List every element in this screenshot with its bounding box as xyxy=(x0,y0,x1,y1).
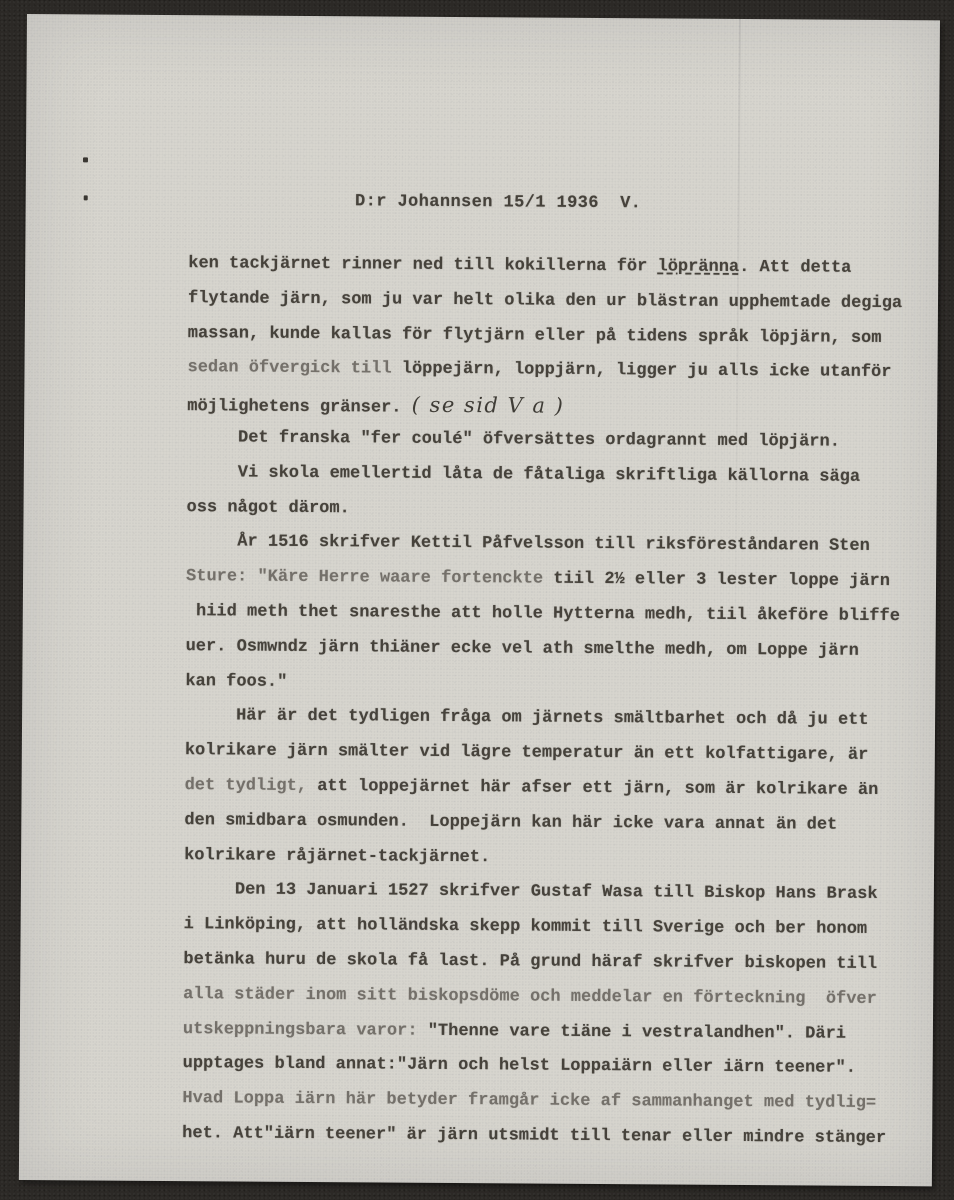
text-segment: möjlighetens gränser. xyxy=(187,397,412,418)
text-segment: löpränna xyxy=(657,257,739,277)
text-segment: att loppejärnet här afser ett järn, som … xyxy=(317,777,878,800)
text-segment: oss något därom. xyxy=(186,498,349,518)
text-segment: uer. Osmwndz järn thiäner ecke vel ath s… xyxy=(186,637,859,661)
text-line: Hvad Loppa iärn här betyder framgår icke… xyxy=(182,1082,922,1122)
text-segment: Här är det tydligen fråga om järnets smä… xyxy=(236,707,869,730)
text-segment: alla städer inom sitt biskopsdöme och me… xyxy=(183,985,877,1009)
paper-sheet: D:r Johannsen 15/1 1936 V. ken tackjärne… xyxy=(19,14,940,1186)
ink-speck xyxy=(83,157,88,162)
text-segment: kolrikare råjärnet-tackjärnet. xyxy=(184,846,490,867)
text-line: möjlighetens gränser. ( se sid V a ) xyxy=(187,386,927,426)
text-line: kolrikare järn smälter vid lägre tempera… xyxy=(185,734,925,774)
text-line: upptages bland annat:"Järn och helst Lop… xyxy=(183,1047,923,1087)
text-line: hiid meth thet snaresthe att holle Hytte… xyxy=(186,595,926,635)
text-segment: Den 13 Januari 1527 skrifver Gustaf Wasa… xyxy=(235,881,878,904)
text-segment: ken tackjärnet rinner ned till kokillern… xyxy=(188,254,657,276)
text-segment: kan foos." xyxy=(185,672,287,692)
text-segment: upptages bland annat:"Järn och helst Lop… xyxy=(183,1054,856,1078)
text-segment: . Att detta xyxy=(739,258,851,278)
text-line: alla städer inom sitt biskopsdöme och me… xyxy=(183,978,923,1018)
text-segment: Sture: "Käre Herre waare fortenckte xyxy=(186,567,553,589)
text-segment: het. Att"iärn teener" är järn utsmidt ti… xyxy=(182,1124,886,1148)
document-lines: ken tackjärnet rinner ned till kokillern… xyxy=(182,247,928,1157)
text-line: Vi skola emellertid låta de fåtaliga skr… xyxy=(187,456,927,496)
text-segment: Det franska "fer coulé" öfversättes orda… xyxy=(238,428,840,451)
text-segment: hiid meth thet snaresthe att holle Hytte… xyxy=(196,602,900,626)
text-line: sedan öfvergick till löppejärn, loppjärn… xyxy=(187,352,927,392)
text-segment: tiil 2½ eller 3 lester loppe järn xyxy=(553,570,890,591)
text-line: det tydligt, att loppejärnet här afser e… xyxy=(184,769,924,809)
text-line: Sture: "Käre Herre waare fortenckte tiil… xyxy=(186,560,926,600)
text-line: År 1516 skrifver Kettil Påfvelsson till … xyxy=(186,526,926,566)
text-line: Den 13 Januari 1527 skrifver Gustaf Wasa… xyxy=(184,873,924,913)
text-line: kolrikare råjärnet-tackjärnet. xyxy=(184,839,924,879)
text-segment: flytande järn, som ju var helt olika den… xyxy=(188,289,902,313)
text-segment: kolrikare järn smälter vid lägre tempera… xyxy=(185,741,869,765)
text-line: utskeppningsbara varor: "Thenne vare tiä… xyxy=(183,1013,923,1053)
text-line: Det franska "fer coulé" öfversättes orda… xyxy=(187,421,927,461)
handwritten-annotation: ( se sid V a ) xyxy=(412,393,565,418)
text-segment: Hvad Loppa iärn här betyder framgår icke… xyxy=(182,1089,876,1113)
scanned-document-view: D:r Johannsen 15/1 1936 V. ken tackjärne… xyxy=(0,0,954,1200)
text-segment: i Linköping, att holländska skepp kommit… xyxy=(184,915,868,939)
text-line: den smidbara osmunden. Loppejärn kan här… xyxy=(184,804,924,844)
text-line: massan, kunde kallas för flytjärn eller … xyxy=(188,317,928,357)
text-line: het. Att"iärn teener" är järn utsmidt ti… xyxy=(182,1117,922,1157)
text-line: i Linköping, att holländska skepp kommit… xyxy=(184,908,924,948)
text-line: ken tackjärnet rinner ned till kokillern… xyxy=(188,247,928,287)
text-segment: betänka huru de skola få last. På grund … xyxy=(183,950,877,974)
text-segment: massan, kunde kallas för flytjärn eller … xyxy=(188,324,882,348)
text-line: Här är det tydligen fråga om järnets smä… xyxy=(185,699,925,739)
text-segment: det tydligt, xyxy=(185,776,318,796)
text-segment: sedan öfvergick till xyxy=(187,359,401,379)
text-segment: År 1516 skrifver Kettil Påfvelsson till … xyxy=(237,533,870,556)
text-line: uer. Osmwndz järn thiäner ecke vel ath s… xyxy=(185,630,925,670)
text-segment: Vi skola emellertid låta de fåtaliga skr… xyxy=(238,463,860,486)
text-line: flytande järn, som ju var helt olika den… xyxy=(188,282,928,322)
text-segment: "Thenne vare tiäne i vestralandhen". Där… xyxy=(428,1021,846,1043)
text-segment: löppejärn, loppjärn, ligger ju alls icke… xyxy=(402,360,892,382)
text-line: kan foos." xyxy=(185,665,925,705)
text-line: oss något därom. xyxy=(186,491,926,531)
text-line: betänka huru de skola få last. På grund … xyxy=(183,943,923,983)
document-heading: D:r Johannsen 15/1 1936 V. xyxy=(42,190,954,215)
text-segment: utskeppningsbara varor: xyxy=(183,1020,428,1041)
text-segment: den smidbara osmunden. Loppejärn kan här… xyxy=(184,811,837,835)
